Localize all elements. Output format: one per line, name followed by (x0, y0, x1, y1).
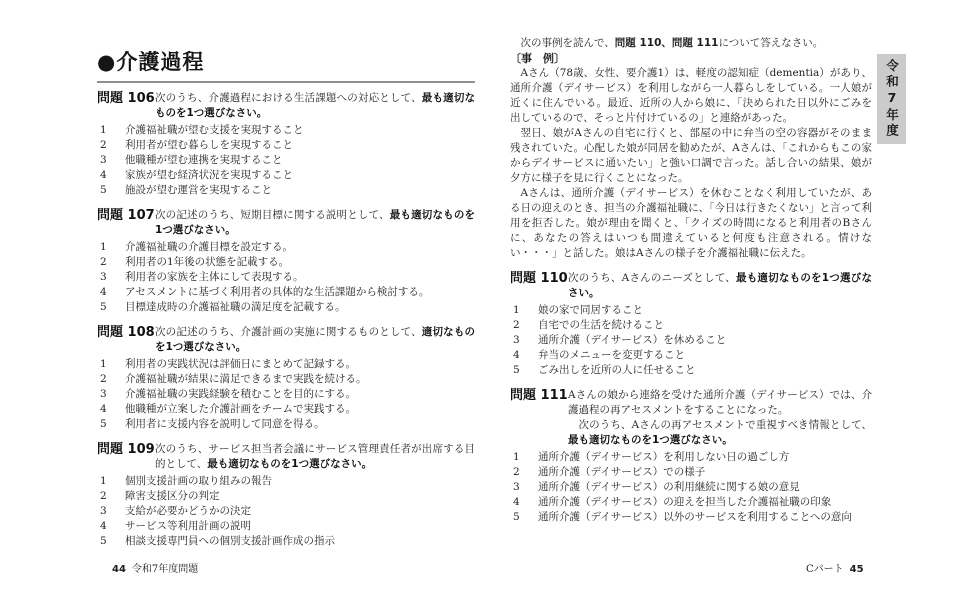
option-number: 5 (513, 363, 526, 378)
option-number: 3 (100, 153, 113, 168)
question-110: 問題 110 次のうち、Aさんのニーズとして、最も適切なものを1つ選びなさい。 … (510, 271, 872, 378)
option-text: アセスメントに基づく利用者の具体的な生活課題から検討する。 (125, 285, 475, 300)
option-number: 3 (513, 480, 526, 495)
option-row: 2通所介護（デイサービス）での様子 (510, 465, 872, 480)
option-row: 1介護福祉職が望む支援を実現すること (97, 123, 475, 138)
option-row: 4家族が望む経済状況を実現すること (97, 168, 475, 183)
option-number: 5 (100, 534, 113, 549)
case-text: Aさん（78歳、女性、要介護1）は、軽度の認知症（dementia）があり、通所… (510, 66, 872, 261)
option-row: 1個別支援計画の取り組みの報告 (97, 474, 475, 489)
option-number: 5 (100, 417, 113, 432)
case-paragraph: Aさん（78歳、女性、要介護1）は、軽度の認知症（dementia）があり、通所… (510, 66, 872, 126)
option-text: 障害支援区分の判定 (125, 489, 475, 504)
footer-page-number: 44 (112, 564, 126, 575)
option-row: 4アセスメントに基づく利用者の具体的な生活課題から検討する。 (97, 285, 475, 300)
option-text: 利用者が望む暮らしを実現すること (125, 138, 475, 153)
option-row: 2利用者が望む暮らしを実現すること (97, 138, 475, 153)
question-106: 問題 106 次のうち、介護過程における生活課題への対応として、最も適切なものを… (97, 91, 475, 198)
option-row: 2障害支援区分の判定 (97, 489, 475, 504)
question-108: 問題 108 次の記述のうち、介護計画の実施に関するものとして、適切なものを1つ… (97, 325, 475, 432)
question-stem: 次のうち、介護過程における生活課題への対応として、最も適切なものを1つ選びなさい… (155, 91, 475, 121)
option-number: 1 (100, 123, 113, 138)
left-page: ●介護過程 問題 106 次のうち、介護過程における生活課題への対応として、最も… (97, 50, 475, 559)
question-stem: 次の記述のうち、短期目標に関する説明として、最も適切なものを1つ選びなさい。 (155, 208, 475, 238)
option-text: 他職種が立案した介護計画をチームで実践する。 (125, 402, 475, 417)
option-row: 3支給が必要かどうかの決定 (97, 504, 475, 519)
footer-label: Cパート (806, 564, 844, 575)
question-109: 問題 109 次のうち、サービス担当者会議にサービス管理責任者が出席する目的とし… (97, 442, 475, 549)
option-text: 通所介護（デイサービス）を休めること (538, 333, 872, 348)
option-text: 利用者の家族を主体にして表現する。 (125, 270, 475, 285)
option-number: 1 (100, 357, 113, 372)
option-row: 2利用者の1年後の状態を記載する。 (97, 255, 475, 270)
option-row: 1介護福祉職の介護目標を設定する。 (97, 240, 475, 255)
option-text: 施設が望む運営を実現すること (125, 183, 475, 198)
option-row: 5目標達成時の介護福祉職の満足度を記載する。 (97, 300, 475, 315)
option-row: 5ごみ出しを近所の人に任せること (510, 363, 872, 378)
option-row: 5相談支援専門員への個別支援計画作成の指示 (97, 534, 475, 549)
option-text: 通所介護（デイサービス）での様子 (538, 465, 872, 480)
option-text: 利用者の実践状況は評価日にまとめて記録する。 (125, 357, 475, 372)
option-number: 5 (100, 183, 113, 198)
option-text: 通所介護（デイサービス）の迎えを担当した介護福祉職の印象 (538, 495, 872, 510)
option-text: 自宅での生活を続けること (538, 318, 872, 333)
option-number: 1 (100, 240, 113, 255)
question-number: 問題 106 (97, 91, 155, 106)
question-number: 問題 111 (510, 388, 568, 403)
question-number: 問題 108 (97, 325, 155, 340)
option-row: 3利用者の家族を主体にして表現する。 (97, 270, 475, 285)
option-text: 支給が必要かどうかの決定 (125, 504, 475, 519)
option-row: 3通所介護（デイサービス）の利用継続に関する娘の意見 (510, 480, 872, 495)
options-list: 1個別支援計画の取り組みの報告 2障害支援区分の判定 3支給が必要かどうかの決定… (97, 474, 475, 549)
option-row: 3他職種が望む連携を実現すること (97, 153, 475, 168)
option-text: 介護福祉職が望む支援を実現すること (125, 123, 475, 138)
option-row: 5利用者に支援内容を説明して同意を得る。 (97, 417, 475, 432)
option-row: 2介護福祉職が結果に満足できるまで実践を続ける。 (97, 372, 475, 387)
option-row: 5施設が望む運営を実現すること (97, 183, 475, 198)
option-row: 1通所介護（デイサービス）を利用しない日の過ごし方 (510, 450, 872, 465)
question-stem: Aさんの娘から連絡を受けた通所介護（デイサービス）では、介護過程の再アセスメント… (568, 388, 872, 448)
option-row: 4他職種が立案した介護計画をチームで実践する。 (97, 402, 475, 417)
option-number: 4 (100, 402, 113, 417)
option-text: 通所介護（デイサービス）を利用しない日の過ごし方 (538, 450, 872, 465)
option-number: 3 (100, 504, 113, 519)
option-row: 4弁当のメニューを変更すること (510, 348, 872, 363)
option-row: 1娘の家で同居すること (510, 303, 872, 318)
option-number: 2 (513, 465, 526, 480)
option-text: 家族が望む経済状況を実現すること (125, 168, 475, 183)
case-example-label: 〔事 例〕 (510, 51, 872, 66)
option-number: 1 (513, 303, 526, 318)
case-intro: 次の事例を読んで、問題 110、問題 111について答えなさい。 (510, 36, 872, 51)
option-number: 4 (100, 519, 113, 534)
question-107: 問題 107 次の記述のうち、短期目標に関する説明として、最も適切なものを1つ選… (97, 208, 475, 315)
option-text: 目標達成時の介護福祉職の満足度を記載する。 (125, 300, 475, 315)
option-text: ごみ出しを近所の人に任せること (538, 363, 872, 378)
question-number: 問題 110 (510, 271, 568, 286)
option-row: 3介護福祉職の実践経験を積むことを目的にする。 (97, 387, 475, 402)
right-page: 次の事例を読んで、問題 110、問題 111について答えなさい。 〔事 例〕 A… (510, 36, 872, 535)
footer-page-number: 45 (850, 564, 864, 575)
option-row: 4通所介護（デイサービス）の迎えを担当した介護福祉職の印象 (510, 495, 872, 510)
option-text: 利用者の1年後の状態を記載する。 (125, 255, 475, 270)
option-text: 他職種が望む連携を実現すること (125, 153, 475, 168)
option-number: 1 (513, 450, 526, 465)
option-text: 娘の家で同居すること (538, 303, 872, 318)
option-text: 通所介護（デイサービス）以外のサービスを利用することへの意向 (538, 510, 872, 525)
question-stem: 次の記述のうち、介護計画の実施に関するものとして、適切なものを1つ選びなさい。 (155, 325, 475, 355)
option-text: 相談支援専門員への個別支援計画作成の指示 (125, 534, 475, 549)
section-title: ●介護過程 (97, 50, 475, 74)
option-row: 2自宅での生活を続けること (510, 318, 872, 333)
option-text: サービス等利用計画の説明 (125, 519, 475, 534)
option-text: 個別支援計画の取り組みの報告 (125, 474, 475, 489)
option-number: 3 (513, 333, 526, 348)
option-row: 3通所介護（デイサービス）を休めること (510, 333, 872, 348)
case-paragraph: 翌日、娘がAさんの自宅に行くと、部屋の中に弁当の空の容器がそのまま残されていた。… (510, 126, 872, 186)
option-row: 1利用者の実践状況は評価日にまとめて記録する。 (97, 357, 475, 372)
question-stem: 次のうち、サービス担当者会議にサービス管理責任者が出席する目的として、最も適切な… (155, 442, 475, 472)
section-header: ●介護過程 (97, 50, 475, 83)
options-list: 1利用者の実践状況は評価日にまとめて記録する。 2介護福祉職が結果に満足できるま… (97, 357, 475, 432)
options-list: 1娘の家で同居すること 2自宅での生活を続けること 3通所介護（デイサービス）を… (510, 303, 872, 378)
option-text: 介護福祉職が結果に満足できるまで実践を続ける。 (125, 372, 475, 387)
footer-label: 令和7年度問題 (132, 564, 198, 575)
option-number: 2 (513, 318, 526, 333)
option-text: 介護福祉職の介護目標を設定する。 (125, 240, 475, 255)
year-tab: 令和7年度 (877, 54, 906, 144)
option-number: 4 (513, 348, 526, 363)
case-paragraph: Aさんは、通所介護（デイサービス）を休むことなく利用していたが、ある日の迎えのと… (510, 186, 872, 261)
option-row: 4サービス等利用計画の説明 (97, 519, 475, 534)
right-page-footer: Cパート45 (806, 560, 864, 575)
option-row: 5通所介護（デイサービス）以外のサービスを利用することへの意向 (510, 510, 872, 525)
question-stem: 次のうち、Aさんのニーズとして、最も適切なものを1つ選びなさい。 (568, 271, 872, 301)
left-page-footer: 44令和7年度問題 (112, 560, 198, 575)
question-number: 問題 109 (97, 442, 155, 457)
option-text: 通所介護（デイサービス）の利用継続に関する娘の意見 (538, 480, 872, 495)
question-111: 問題 111 Aさんの娘から連絡を受けた通所介護（デイサービス）では、介護過程の… (510, 388, 872, 525)
option-number: 2 (100, 255, 113, 270)
section-rule (97, 81, 475, 83)
option-number: 2 (100, 138, 113, 153)
option-text: 介護福祉職の実践経験を積むことを目的にする。 (125, 387, 475, 402)
option-number: 1 (100, 474, 113, 489)
option-number: 2 (100, 372, 113, 387)
question-number: 問題 107 (97, 208, 155, 223)
option-number: 5 (100, 300, 113, 315)
option-number: 4 (100, 168, 113, 183)
option-text: 弁当のメニューを変更すること (538, 348, 872, 363)
options-list: 1通所介護（デイサービス）を利用しない日の過ごし方 2通所介護（デイサービス）で… (510, 450, 872, 525)
option-number: 3 (100, 387, 113, 402)
option-number: 3 (100, 270, 113, 285)
option-number: 2 (100, 489, 113, 504)
option-number: 5 (513, 510, 526, 525)
option-text: 利用者に支援内容を説明して同意を得る。 (125, 417, 475, 432)
option-number: 4 (513, 495, 526, 510)
option-number: 4 (100, 285, 113, 300)
options-list: 1介護福祉職の介護目標を設定する。 2利用者の1年後の状態を記載する。 3利用者… (97, 240, 475, 315)
options-list: 1介護福祉職が望む支援を実現すること 2利用者が望む暮らしを実現すること 3他職… (97, 123, 475, 198)
